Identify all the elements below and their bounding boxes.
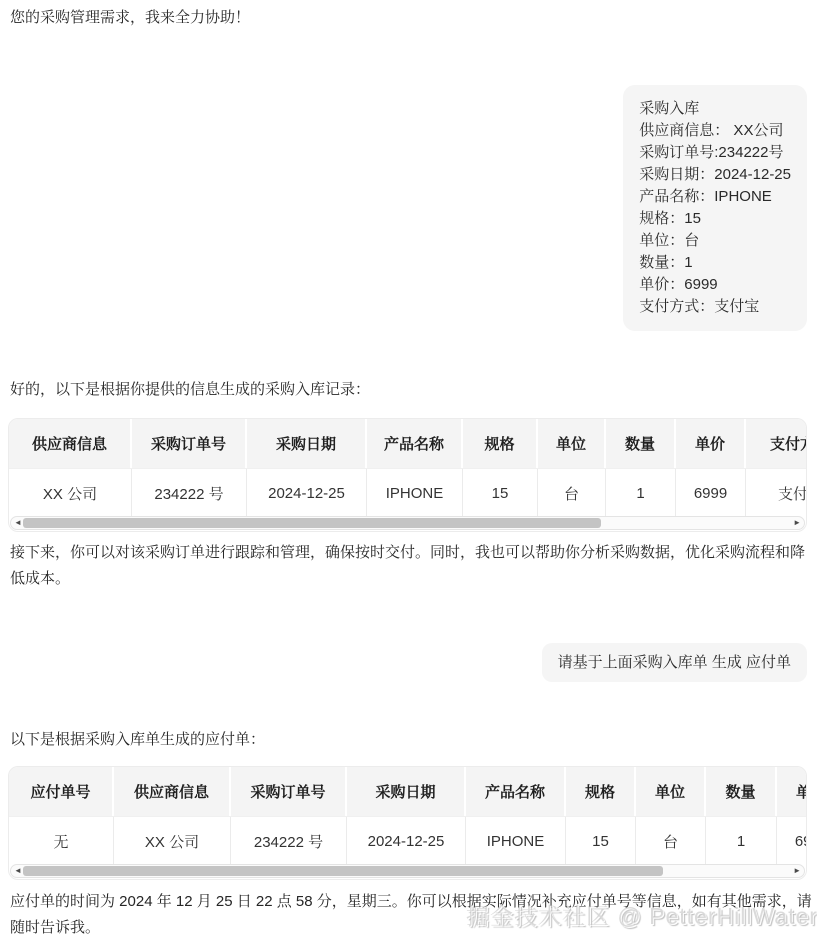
table-cell: 6999 [676, 469, 746, 518]
bubble-line: 采购日期：2024-12-25 [639, 164, 791, 186]
table-cell: 234222 号 [132, 469, 247, 518]
column-header: 产品名称 [466, 767, 566, 816]
assistant-message-intro: 您的采购管理需求，我来全力协助！ [10, 5, 800, 31]
column-header: 采购订单号 [132, 419, 247, 468]
table-row: 无XX 公司234222 号2024-12-25IPHONE15台16999 [9, 816, 807, 866]
bubble-line: 采购入库 [639, 98, 791, 120]
bubble-line: 单价：6999 [639, 274, 791, 296]
column-header: 应付单号 [9, 767, 114, 816]
table-cell: 6999 [777, 817, 807, 866]
table-cell: 15 [566, 817, 636, 866]
column-header: 数量 [606, 419, 676, 468]
table-cell: 台 [538, 469, 606, 518]
scrollbar-right-arrow-icon[interactable]: ► [793, 867, 801, 875]
scrollbar-left-arrow-icon[interactable]: ◄ [14, 519, 22, 527]
column-header: 产品名称 [367, 419, 463, 468]
table-row: XX 公司234222 号2024-12-25IPHONE15台16999支付宝 [9, 468, 807, 518]
bubble-line: 数量：1 [639, 252, 791, 274]
user-message-payable-request: 请基于上面采购入库单 生成 应付单 [542, 643, 807, 682]
table-header-row: 供应商信息采购订单号采购日期产品名称规格单位数量单价支付方式 [9, 419, 807, 468]
table-cell: IPHONE [367, 469, 463, 518]
column-header: 单位 [538, 419, 606, 468]
column-header: 供应商信息 [114, 767, 231, 816]
bubble-line: 支付方式：支付宝 [639, 296, 791, 318]
column-header: 采购日期 [247, 419, 367, 468]
payable-table: 应付单号供应商信息采购订单号采购日期产品名称规格单位数量单价 无XX 公司234… [8, 766, 807, 880]
table-cell: 台 [636, 817, 706, 866]
table-cell: 1 [606, 469, 676, 518]
column-header: 单位 [636, 767, 706, 816]
column-header: 数量 [706, 767, 777, 816]
scrollbar-thumb[interactable] [23, 866, 663, 876]
table-cell: 2024-12-25 [347, 817, 466, 866]
column-header: 供应商信息 [9, 419, 132, 468]
table-cell: XX 公司 [9, 469, 132, 518]
table-cell: 支付宝 [746, 469, 807, 518]
column-header: 采购订单号 [231, 767, 347, 816]
column-header: 单价 [777, 767, 807, 816]
table-cell: 15 [463, 469, 538, 518]
table-scroll-area: 供应商信息采购订单号采购日期产品名称规格单位数量单价支付方式 XX 公司2342… [9, 419, 807, 518]
table-header-row: 应付单号供应商信息采购订单号采购日期产品名称规格单位数量单价 [9, 767, 807, 816]
bubble-line: 采购订单号:234222号 [639, 142, 791, 164]
column-header: 采购日期 [347, 767, 466, 816]
column-header: 单价 [676, 419, 746, 468]
bubble-line: 产品名称：IPHONE [639, 186, 791, 208]
table-cell: 2024-12-25 [247, 469, 367, 518]
scrollbar-left-arrow-icon[interactable]: ◄ [14, 867, 22, 875]
assistant-message-table-intro: 好的，以下是根据你提供的信息生成的采购入库记录： [10, 377, 800, 403]
bubble-line: 单位：台 [639, 230, 791, 252]
assistant-message-closing: 应付单的时间为 2024 年 12 月 25 日 22 点 58 分，星期三。你… [10, 889, 813, 941]
scrollbar-thumb[interactable] [23, 518, 601, 528]
table-scroll-area: 应付单号供应商信息采购订单号采购日期产品名称规格单位数量单价 无XX 公司234… [9, 767, 807, 866]
column-header: 支付方式 [746, 419, 807, 468]
bubble-line: 供应商信息： XX公司 [639, 120, 791, 142]
table-cell: 无 [9, 817, 114, 866]
table-cell: XX 公司 [114, 817, 231, 866]
assistant-message-payable-intro: 以下是根据采购入库单生成的应付单： [10, 727, 800, 753]
assistant-message-followup: 接下来，你可以对该采购订单进行跟踪和管理，确保按时交付。同时，我也可以帮助你分析… [10, 540, 810, 592]
table-cell: IPHONE [466, 817, 566, 866]
purchase-inbound-table: 供应商信息采购订单号采购日期产品名称规格单位数量单价支付方式 XX 公司2342… [8, 418, 807, 532]
column-header: 规格 [463, 419, 538, 468]
column-header: 规格 [566, 767, 636, 816]
table-cell: 1 [706, 817, 777, 866]
horizontal-scrollbar[interactable]: ◄ ► [10, 864, 805, 878]
bubble-line: 规格：15 [639, 208, 791, 230]
user-message-purchase-request: 采购入库供应商信息： XX公司采购订单号:234222号采购日期：2024-12… [623, 85, 807, 331]
horizontal-scrollbar[interactable]: ◄ ► [10, 516, 805, 530]
scrollbar-right-arrow-icon[interactable]: ► [793, 519, 801, 527]
table-cell: 234222 号 [231, 817, 347, 866]
